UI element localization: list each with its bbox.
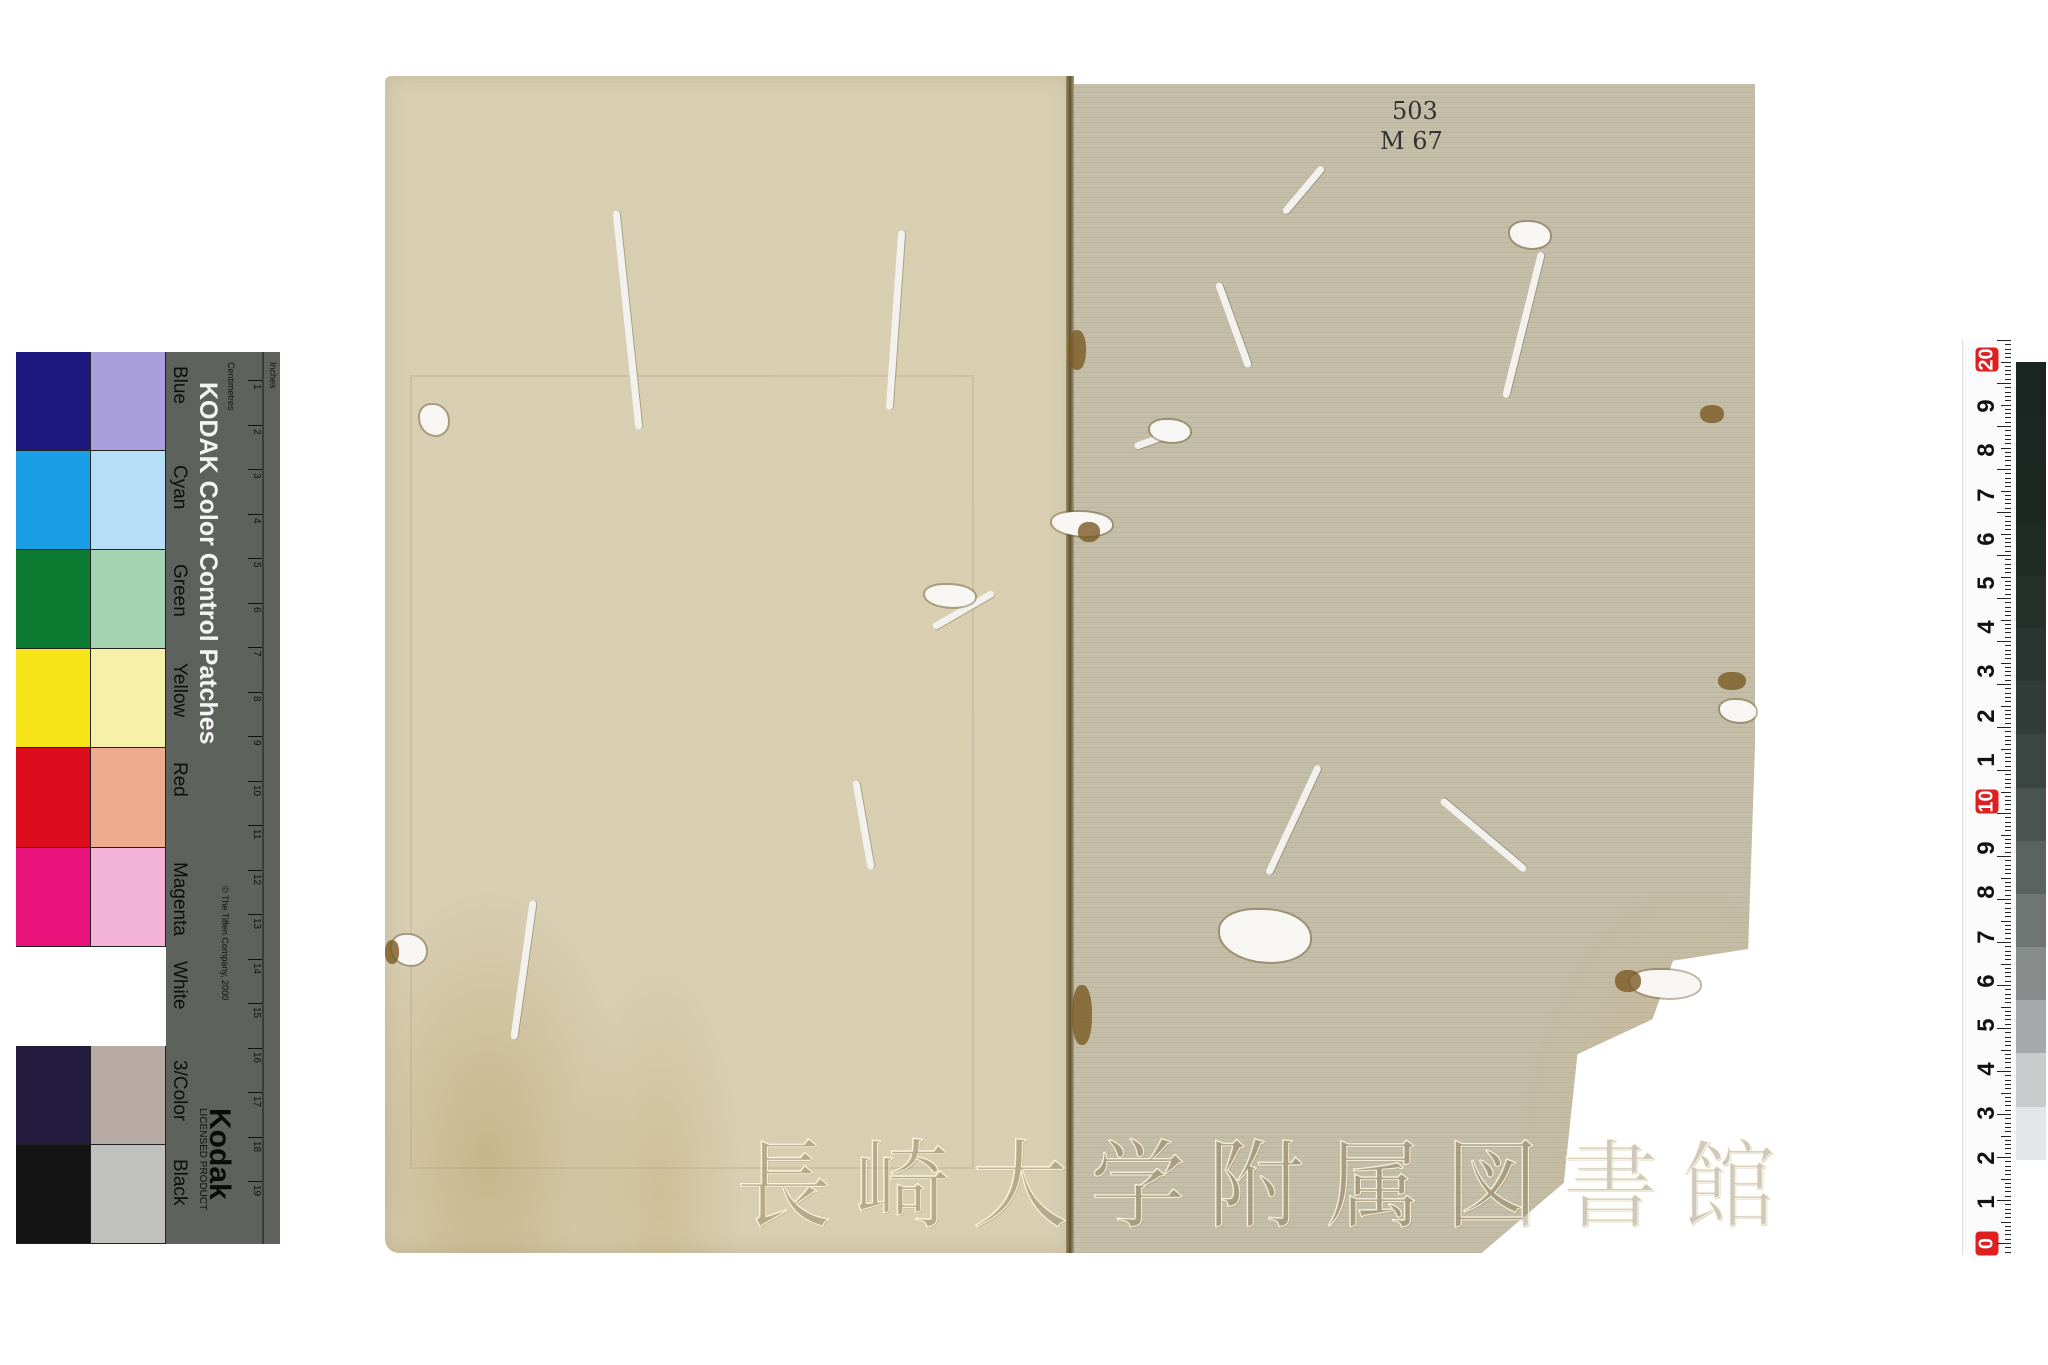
book-spread: 503 M 67 長崎大学附属図書館: [0, 0, 2048, 1365]
gray-step: [2016, 575, 2046, 628]
ruler-number: 4: [1973, 1057, 2001, 1081]
ruler-tick: [2005, 542, 2011, 543]
ruler-tick: [2005, 452, 2011, 453]
ruler-tick: [2005, 349, 2011, 350]
ruler-tick: [2005, 1209, 2011, 1210]
ruler-tick: [2005, 564, 2011, 565]
ruler-tick: [2005, 740, 2011, 741]
ruler-tick: [2005, 1153, 2011, 1154]
ruler-tick: [2005, 998, 2011, 999]
ruler-tick: [2005, 697, 2011, 698]
ruler-tick: [2005, 1075, 2011, 1076]
ruler-tick: [2005, 443, 2011, 444]
ruler-tick: [1997, 340, 2011, 341]
ruler-tick: [2005, 680, 2011, 681]
ruler-tick: [2005, 1174, 2011, 1175]
ruler-tick: [2005, 585, 2011, 586]
ruler-tick: [2001, 921, 2011, 922]
ruler-tick: [2005, 581, 2011, 582]
ruler-tick: [2005, 637, 2011, 638]
ruler-tick: [2005, 809, 2011, 810]
ruler-number: 6: [1973, 527, 2001, 551]
damage-stain: [1718, 672, 1746, 690]
ruler-tick: [2005, 503, 2011, 504]
ruler-tick: [2005, 933, 2011, 934]
ruler-tick: [2005, 602, 2011, 603]
ruler-tick: [2005, 615, 2011, 616]
gray-step: [2016, 788, 2046, 841]
ruler-tick: [2005, 1196, 2011, 1197]
ruler-tick: [2005, 796, 2011, 797]
ruler-tick: [2005, 783, 2011, 784]
gray-step: [2016, 734, 2046, 787]
ruler-tick: [2005, 435, 2011, 436]
ruler-tick: [2005, 882, 2011, 883]
ruler-tick: [2001, 749, 2011, 750]
ruler-tick: [2005, 976, 2011, 977]
ruler-tick: [2005, 392, 2011, 393]
ruler-tick: [2005, 718, 2011, 719]
ruler-number: 9: [1973, 394, 2001, 418]
ruler-tick: [1997, 1200, 2011, 1201]
ruler-tick: [2005, 1080, 2011, 1081]
ruler-tick: [2005, 473, 2011, 474]
ruler-tick: [2005, 374, 2011, 375]
ruler-tick: [1997, 770, 2011, 771]
ruler-tick: [2005, 538, 2011, 539]
ruler-tick: [2005, 1024, 2011, 1025]
ruler-tick: [2005, 521, 2011, 522]
ruler-tick: [2005, 1204, 2011, 1205]
ruler-tick: [2005, 1183, 2011, 1184]
ruler-tick: [2005, 800, 2011, 801]
ruler-tick: [2001, 964, 2011, 965]
ruler-tick: [2001, 534, 2011, 535]
ruler-tick: [2001, 620, 2011, 621]
library-embossed-watermark: 長崎大学附属図書館: [736, 1110, 1798, 1247]
ruler-tick: [2005, 495, 2011, 496]
ruler-tick: [2005, 1032, 2011, 1033]
ruler-tick: [2005, 839, 2011, 840]
gray-step: [2016, 415, 2046, 468]
ruler-tick: [2005, 370, 2011, 371]
ruler-number: 1: [1973, 748, 2001, 772]
ruler-tick: [2005, 611, 2011, 612]
gray-step: [2016, 1053, 2046, 1106]
ruler-tick: [1997, 512, 2011, 513]
binding-stain: [1068, 330, 1086, 370]
ruler-tick: [2005, 572, 2011, 573]
ruler-tick: [2005, 430, 2011, 431]
ruler-number: 7: [1973, 483, 2001, 507]
ruler-tick: [2005, 357, 2011, 358]
ruler-number: 2: [1973, 704, 2001, 728]
ruler-tick: [2005, 1110, 2011, 1111]
ruler-tick: [1997, 813, 2011, 814]
ruler-tick: [2005, 529, 2011, 530]
ruler-tick: [2005, 439, 2011, 440]
ruler-tick: [2001, 792, 2011, 793]
ruler-tick: [1997, 641, 2011, 642]
ruler-tick: [2005, 516, 2011, 517]
ruler-tick: [2005, 546, 2011, 547]
ruler-tick: [2005, 972, 2011, 973]
ruler-tick: [2005, 1105, 2011, 1106]
ruler-tick: [2005, 1187, 2011, 1188]
ruler-tick: [2005, 409, 2011, 410]
ruler-tick: [2005, 723, 2011, 724]
ruler-tick: [2001, 1136, 2011, 1137]
ruler-tick: [2005, 873, 2011, 874]
ruler-tick: [2005, 1041, 2011, 1042]
ruler-tick: [2005, 1234, 2011, 1235]
ruler-tick: [2005, 938, 2011, 939]
call-number-line-2: M 67: [1380, 126, 1443, 156]
ruler-number: 4: [1973, 615, 2001, 639]
ruler-tick: [2005, 753, 2011, 754]
ruler-tick: [2005, 1067, 2011, 1068]
ruler-tick: [2005, 1045, 2011, 1046]
ruler-tick: [2005, 981, 2011, 982]
ruler-number: 6: [1973, 969, 2001, 993]
ruler-tick: [2005, 628, 2011, 629]
gray-step: [2016, 468, 2046, 521]
gray-step: [2016, 362, 2046, 415]
ruler-tick: [2005, 460, 2011, 461]
ruler-tick: [2005, 946, 2011, 947]
gray-step: [2016, 628, 2046, 681]
ruler-tick: [2001, 878, 2011, 879]
ruler-tick: [2005, 456, 2011, 457]
damage-stain: [1615, 970, 1641, 992]
ruler-tick: [2005, 413, 2011, 414]
gray-step: [2016, 681, 2046, 734]
ruler-tick: [2005, 465, 2011, 466]
ruler-tick: [2005, 1097, 2011, 1098]
ruler-tick: [2001, 577, 2011, 578]
ruler-tick: [1997, 469, 2011, 470]
ruler-number: 20: [1976, 348, 1999, 372]
ruler-tick: [1997, 1157, 2011, 1158]
ruler-tick: [1997, 383, 2011, 384]
ruler-tick: [2005, 766, 2011, 767]
ruler-tick: [2005, 1011, 2011, 1012]
ruler-tick: [2001, 1222, 2011, 1223]
ruler-tick: [1997, 942, 2011, 943]
ruler-tick: [1997, 727, 2011, 728]
ruler-tick: [1997, 426, 2011, 427]
ruler-tick: [2005, 693, 2011, 694]
ruler-tick: [1997, 899, 2011, 900]
ruler-tick: [2005, 1002, 2011, 1003]
ruler-tick: [2005, 779, 2011, 780]
ruler-number: 10: [1976, 790, 1999, 814]
ruler-tick: [2005, 1123, 2011, 1124]
ruler-tick: [2005, 1088, 2011, 1089]
ruler-tick: [2005, 908, 2011, 909]
ruler-tick: [2005, 353, 2011, 354]
ruler-number: 3: [1973, 659, 2001, 683]
gray-step: [2016, 1000, 2046, 1053]
ruler-tick: [2005, 417, 2011, 418]
ruler-tick: [2005, 667, 2011, 668]
faint-print-frame: [410, 375, 974, 1169]
ruler-tick: [2005, 989, 2011, 990]
ruler-tick: [2005, 624, 2011, 625]
ruler-tick: [1997, 1071, 2011, 1072]
ruler-tick: [2005, 701, 2011, 702]
ruler-tick: [2005, 525, 2011, 526]
ruler-tick: [2005, 804, 2011, 805]
ruler-tick: [1997, 985, 2011, 986]
measuring-ruler: 20987654321109876543210: [1962, 340, 2011, 1255]
ruler-tick: [2005, 486, 2011, 487]
ruler-tick: [1997, 1028, 2011, 1029]
ruler-tick: [2005, 968, 2011, 969]
ruler-tick: [2001, 405, 2011, 406]
ruler-tick: [2005, 675, 2011, 676]
ruler-tick: [2005, 671, 2011, 672]
ruler-tick: [2005, 787, 2011, 788]
ruler-tick: [2001, 448, 2011, 449]
ruler-tick: [2005, 860, 2011, 861]
ruler-tick: [2005, 830, 2011, 831]
ruler-tick: [2001, 1093, 2011, 1094]
ruler-tick: [2005, 744, 2011, 745]
ruler-tick: [2005, 1226, 2011, 1227]
ruler-tick: [2005, 607, 2011, 608]
ruler-tick: [2001, 835, 2011, 836]
ruler-tick: [2005, 650, 2011, 651]
ruler-tick: [2005, 1019, 2011, 1020]
ruler-tick: [2005, 869, 2011, 870]
ruler-tick: [2005, 482, 2011, 483]
ruler-number: 1: [1973, 1190, 2001, 1214]
ruler-tick: [2005, 1131, 2011, 1132]
ruler-tick: [2005, 508, 2011, 509]
ruler-tick: [2005, 1166, 2011, 1167]
ruler-tick: [2005, 774, 2011, 775]
ruler-tick: [2005, 714, 2011, 715]
ruler-tick: [2005, 843, 2011, 844]
ruler-tick: [2005, 1217, 2011, 1218]
ruler-tick: [2005, 1037, 2011, 1038]
ruler-tick: [1997, 684, 2011, 685]
ruler-tick: [2005, 822, 2011, 823]
ruler-tick: [2001, 1007, 2011, 1008]
ruler-tick: [2005, 736, 2011, 737]
ruler-tick: [2005, 1118, 2011, 1119]
ruler-tick: [1997, 598, 2011, 599]
ruler-tick: [2005, 929, 2011, 930]
gray-step: [2016, 1107, 2046, 1160]
ruler-tick: [2005, 852, 2011, 853]
ruler-tick: [2005, 559, 2011, 560]
ruler-tick: [2005, 903, 2011, 904]
ruler-tick: [2005, 847, 2011, 848]
ruler-tick: [2005, 551, 2011, 552]
ruler-tick: [2005, 994, 2011, 995]
ruler-tick: [2005, 387, 2011, 388]
damage-stain: [1700, 405, 1724, 423]
ruler-tick: [2001, 1179, 2011, 1180]
binding-stain: [1072, 985, 1092, 1045]
ruler-number: 0: [1976, 1232, 1999, 1256]
ruler-tick: [2005, 1252, 2011, 1253]
ruler-tick: [2005, 645, 2011, 646]
ruler-tick: [2005, 1084, 2011, 1085]
ruler-tick: [2001, 1050, 2011, 1051]
gray-step: [2016, 522, 2046, 575]
ruler-tick: [2005, 757, 2011, 758]
ruler-number: 7: [1973, 925, 2001, 949]
ruler-tick: [2005, 594, 2011, 595]
ruler-tick: [2005, 654, 2011, 655]
ruler-tick: [2005, 1015, 2011, 1016]
ruler-tick: [2001, 362, 2011, 363]
ruler-tick: [2005, 366, 2011, 367]
gray-step: [2016, 894, 2046, 947]
ruler-tick: [2005, 589, 2011, 590]
ruler-tick: [2005, 1140, 2011, 1141]
ruler-tick: [2005, 1144, 2011, 1145]
ruler-tick: [2005, 1101, 2011, 1102]
ruler-tick: [2001, 491, 2011, 492]
ruler-tick: [2001, 663, 2011, 664]
ruler-tick: [2005, 658, 2011, 659]
ruler-tick: [2005, 478, 2011, 479]
ruler-tick: [2005, 1247, 2011, 1248]
binding-stain: [1078, 522, 1100, 542]
gray-step: [2016, 841, 2046, 894]
damage-stain: [385, 940, 399, 964]
ruler-tick: [2005, 895, 2011, 896]
ruler-tick: [2005, 886, 2011, 887]
ruler-tick: [2005, 925, 2011, 926]
ruler-tick: [1997, 555, 2011, 556]
ruler-number: 8: [1973, 880, 2001, 904]
ruler-tick: [2005, 1062, 2011, 1063]
ruler-tick: [2005, 959, 2011, 960]
ruler-tick: [2005, 1239, 2011, 1240]
ruler-tick: [2005, 912, 2011, 913]
ruler-tick: [2005, 568, 2011, 569]
gray-step-wedge: [2016, 362, 2046, 1160]
handwritten-call-number: 503 M 67: [1392, 96, 1443, 156]
ruler-tick: [2005, 817, 2011, 818]
ruler-tick: [2005, 1058, 2011, 1059]
ruler-number: 5: [1973, 1013, 2001, 1037]
call-number-line-1: 503: [1392, 96, 1443, 126]
ruler-tick: [2005, 632, 2011, 633]
ruler-tick: [2001, 706, 2011, 707]
ruler-tick: [2005, 761, 2011, 762]
ruler-tick: [2005, 1148, 2011, 1149]
ruler-tick: [2005, 1230, 2011, 1231]
ruler-tick: [1997, 856, 2011, 857]
ruler-tick: [2005, 344, 2011, 345]
ruler-tick: [2005, 1054, 2011, 1055]
ruler-tick: [2005, 731, 2011, 732]
gray-step: [2016, 947, 2046, 1000]
ruler-tick: [2005, 951, 2011, 952]
ruler-tick: [2005, 1161, 2011, 1162]
ruler-tick: [2005, 826, 2011, 827]
ruler-number: 8: [1973, 438, 2001, 462]
right-page: [1072, 84, 1755, 1253]
ruler-tick: [2005, 396, 2011, 397]
ruler-number: 5: [1973, 571, 2001, 595]
ruler-tick: [2005, 499, 2011, 500]
ruler-tick: [2005, 688, 2011, 689]
book-spine: [1066, 76, 1074, 1253]
ruler-tick: [1997, 1243, 2011, 1244]
ruler-tick: [2005, 955, 2011, 956]
ruler-tick: [2005, 1127, 2011, 1128]
ruler-tick: [2005, 422, 2011, 423]
ruler-tick: [2005, 916, 2011, 917]
ruler-tick: [2005, 1191, 2011, 1192]
ruler-tick: [2005, 890, 2011, 891]
ruler-tick: [2005, 400, 2011, 401]
ruler-tick: [2005, 710, 2011, 711]
ruler-tick: [2005, 1170, 2011, 1171]
ruler-tick: [2005, 1213, 2011, 1214]
ruler-tick: [2005, 865, 2011, 866]
ruler-tick: [2005, 379, 2011, 380]
ruler-tick: [1997, 1114, 2011, 1115]
